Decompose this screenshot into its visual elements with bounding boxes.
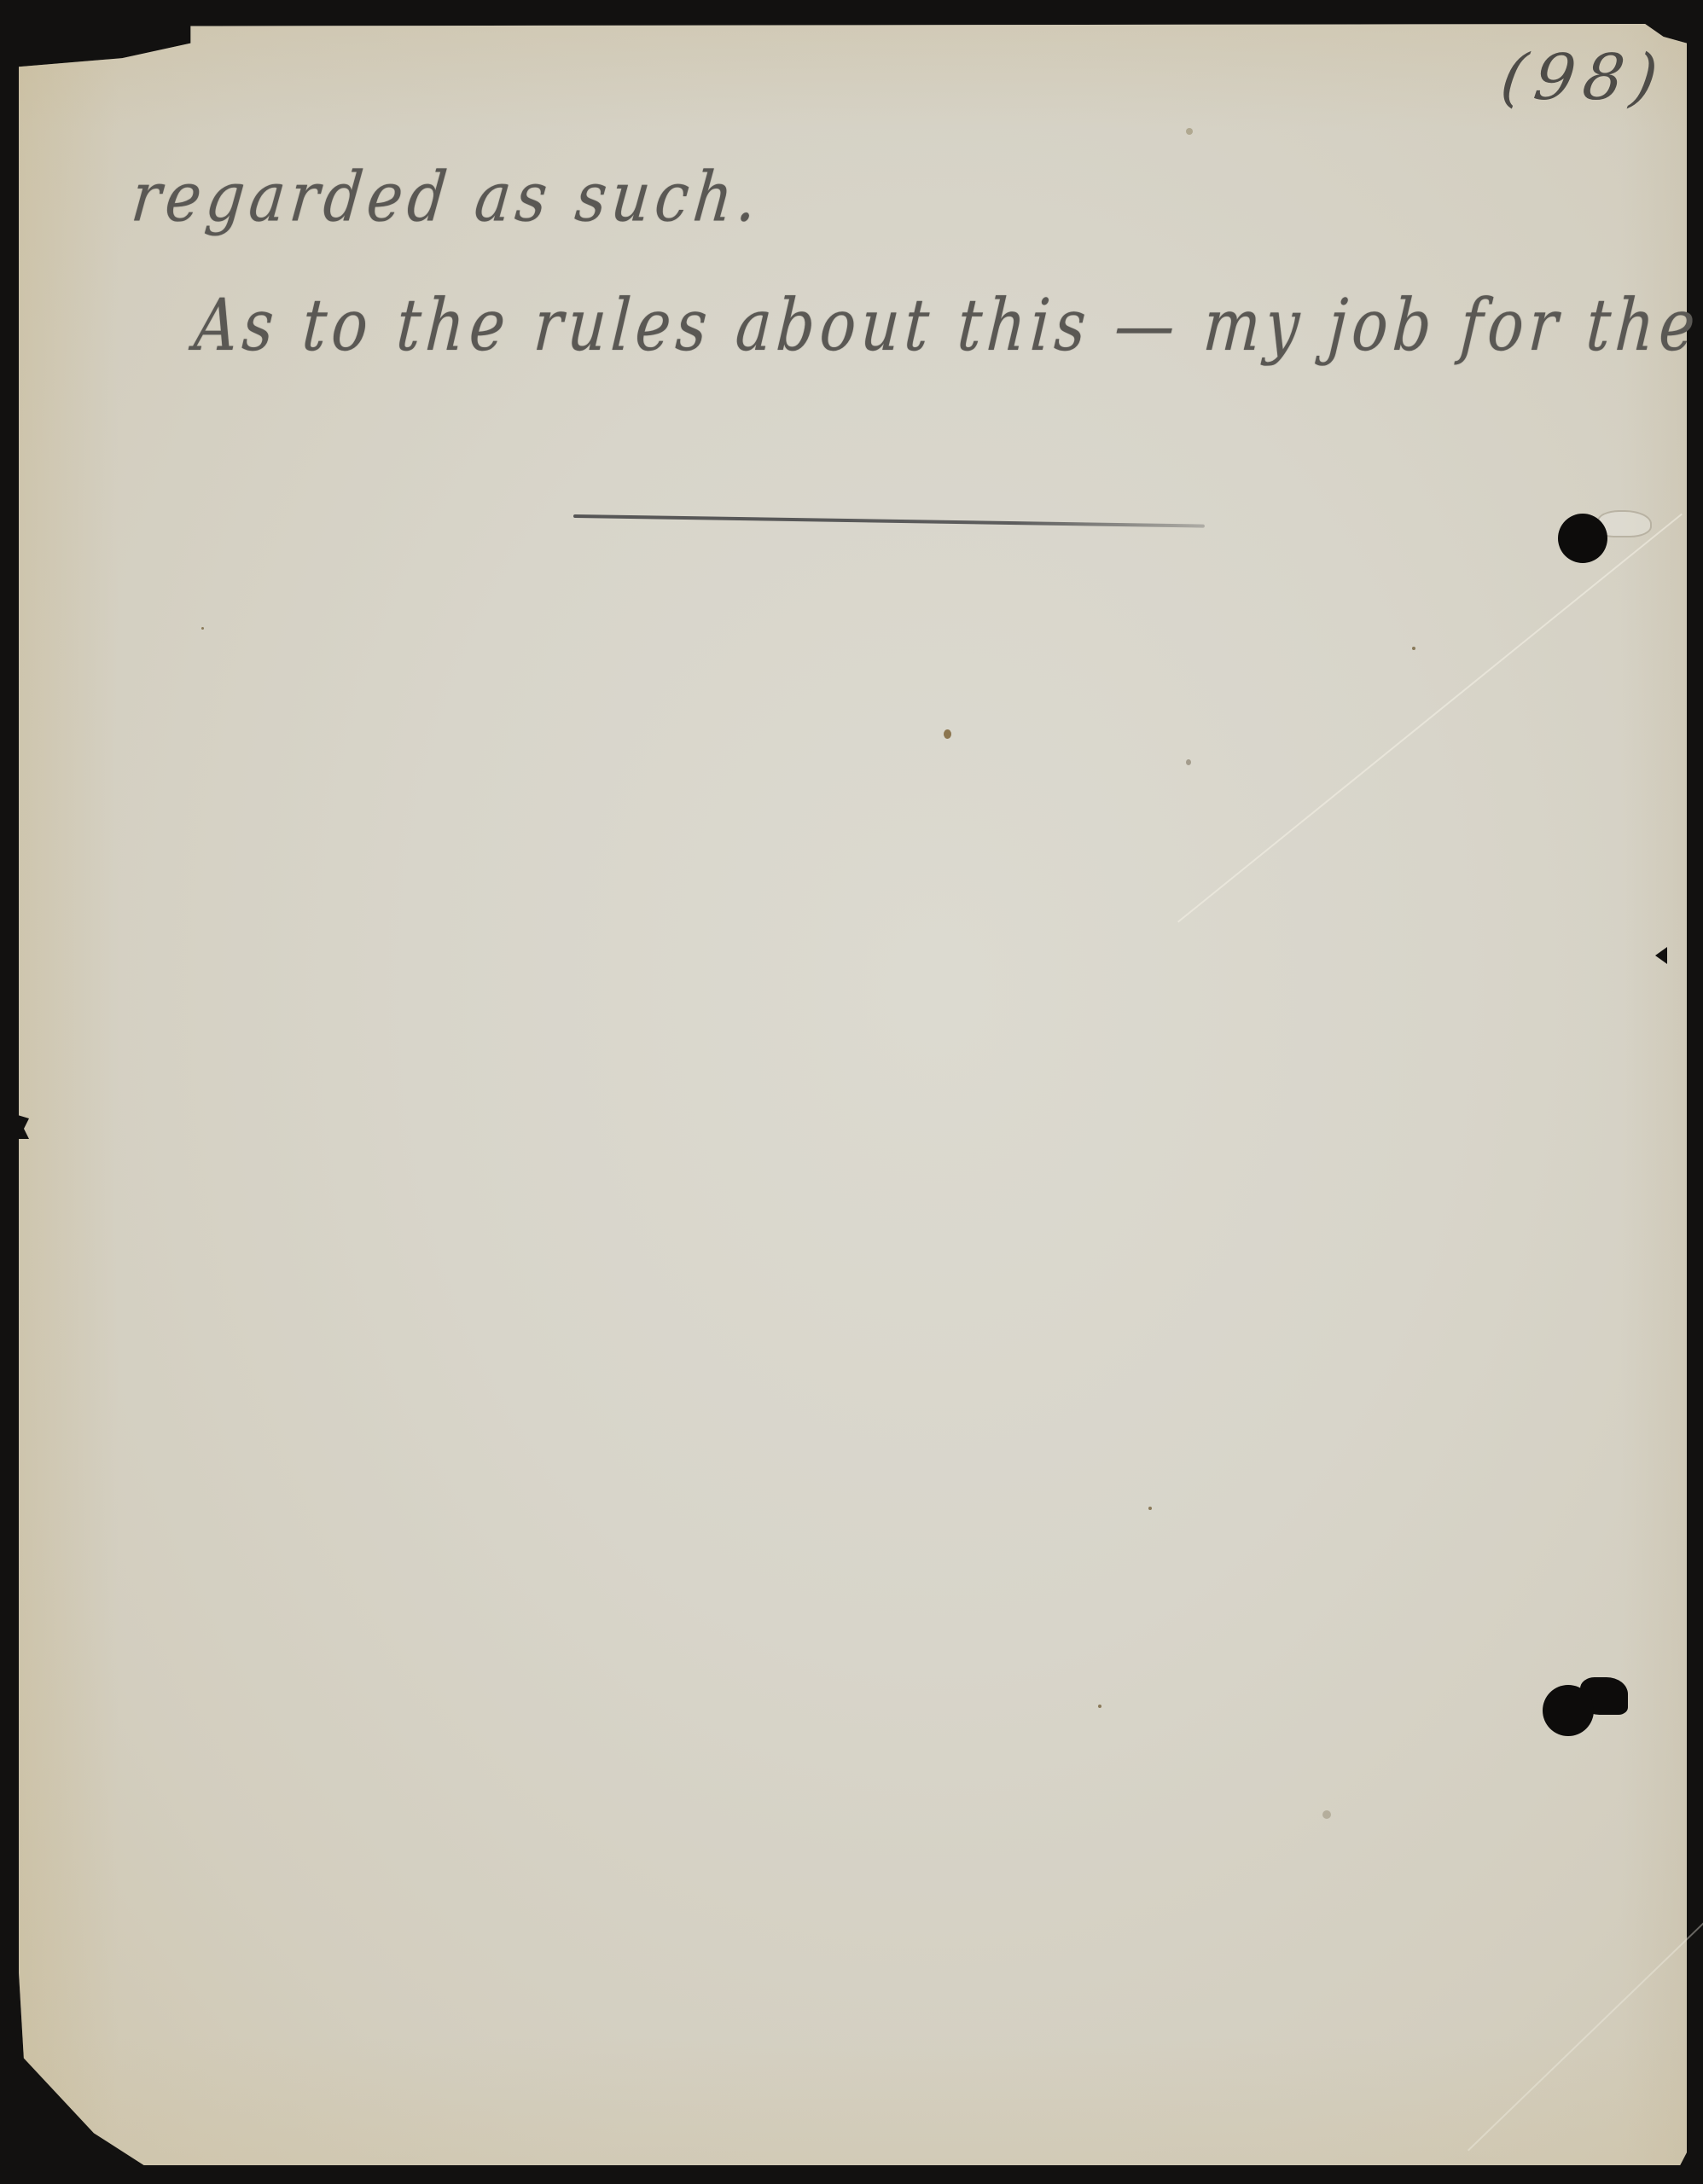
paper-speck xyxy=(1412,647,1415,650)
handwritten-line: regarded as such. xyxy=(128,157,766,237)
paper-speck xyxy=(1186,128,1193,135)
paper-speck xyxy=(1148,1507,1152,1510)
punch-hole-top xyxy=(1558,514,1607,563)
scanned-page: (98) regarded as such. As to the rules a… xyxy=(0,0,1703,2184)
paper-speck xyxy=(1186,759,1191,765)
paper-speck xyxy=(201,627,204,630)
punch-hole-bottom xyxy=(1543,1685,1594,1736)
page-number: (98) xyxy=(1497,41,1671,114)
handwritten-line: As to the rules about this — my job for … xyxy=(192,283,1703,367)
paper-speck xyxy=(1322,1810,1331,1819)
paper-speck xyxy=(1098,1705,1101,1708)
paper-speck xyxy=(944,729,951,739)
